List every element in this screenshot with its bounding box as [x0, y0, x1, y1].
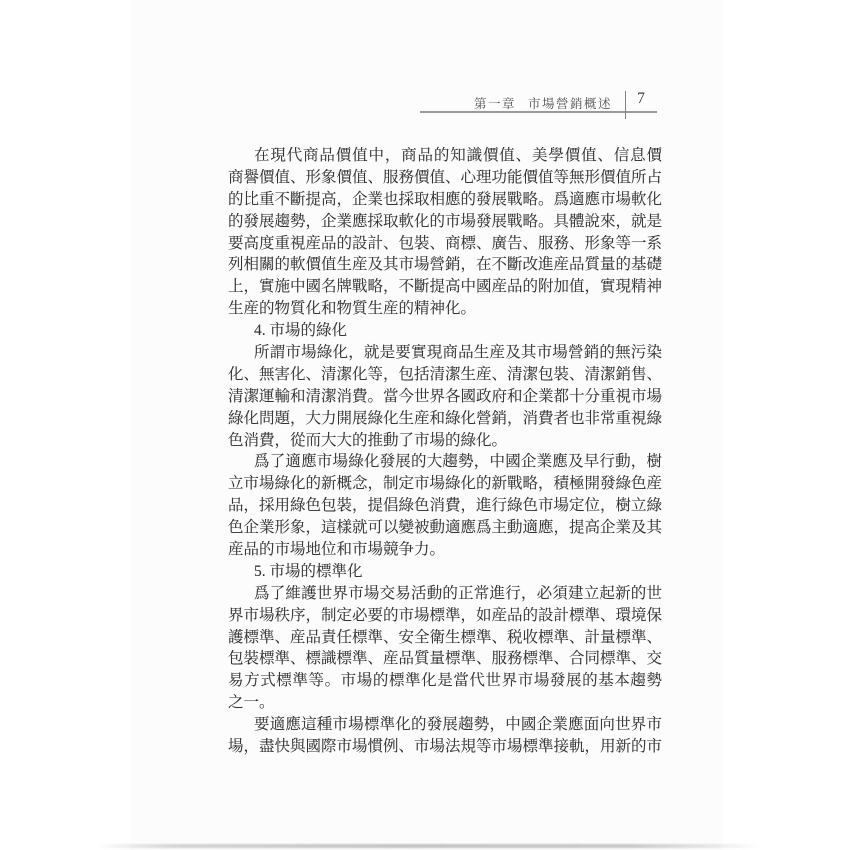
body-line: 在現代商品價值中，商品的知識價值、美學價值、信息價值、 — [228, 145, 662, 167]
body-line: 商譽價值、形象價值、服務價值、心理功能價值等無形價值所占 — [228, 167, 662, 189]
body-line: 清潔運輸和清潔消費。當今世界各國政府和企業都十分重視市場 — [228, 386, 662, 408]
page-bottom-edge-shadow — [95, 844, 763, 848]
body-line: 易方式標準等。市場的標準化是當代世界市場發展的基本趨勢 — [228, 670, 662, 692]
header-divider-line — [625, 91, 626, 119]
body-line: 界市場秩序，制定必要的市場標準，如産品的設計標準、環境保 — [228, 605, 662, 627]
body-line: 列相關的軟價值生産及其市場營銷，在不斷改進産品質量的基礎 — [228, 254, 662, 276]
body-heading-line: 5. 市場的標準化 — [228, 561, 662, 583]
body-line: 爲了適應市場綠化發展的大趨勢，中國企業應及早行動，樹 — [228, 451, 662, 473]
body-line: 要適應這種市場標準化的發展趨勢，中國企業應面向世界市 — [228, 714, 662, 736]
chapter-label: 第一章 — [474, 97, 516, 111]
book-page-scan: 第一章市場營銷概述 7 在現代商品價值中，商品的知識價值、美學價值、信息價值、商… — [0, 0, 850, 850]
body-line: 色企業形象，這樣就可以變被動適應爲主動適應，提高企業及其 — [228, 517, 662, 539]
body-line: 爲了維護世界市場交易活動的正常進行，必須建立起新的世 — [228, 583, 662, 605]
body-line: 要高度重視産品的設計、包裝、商標、廣告、服務、形象等一系 — [228, 233, 662, 255]
body-line: 綠化問題，大力開展綠化生産和綠化營銷，消費者也非常重視綠 — [228, 408, 662, 430]
body-line: 所謂市場綠化，就是要實現商品生産及其市場營銷的無污染 — [228, 342, 662, 364]
running-header: 第一章市場營銷概述 — [0, 94, 612, 112]
body-line: 化、無害化、清潔化等，包括清潔生産、清潔包裝、清潔銷售、 — [228, 364, 662, 386]
body-line: 包裝標準、標識標準、産品質量標準、服務標準、合同標準、交 — [228, 648, 662, 670]
body-line: 産品的市場地位和市場競争力。 — [228, 539, 662, 561]
body-line: 上，實施中國名牌戰略，不斷提高中國産品的附加值，實現精神 — [228, 276, 662, 298]
body-line: 品，採用綠色包裝，提倡綠色消費，進行綠色市場定位，樹立綠 — [228, 495, 662, 517]
page-number: 7 — [631, 90, 651, 108]
body-heading-line: 4. 市場的綠化 — [228, 320, 662, 342]
body-text: 在現代商品價值中，商品的知識價值、美學價值、信息價值、商譽價值、形象價值、服務價… — [228, 145, 662, 758]
header-rule — [420, 111, 657, 113]
body-line: 的比重不斷提高，企業也採取相應的發展戰略。爲適應市場軟化 — [228, 189, 662, 211]
body-line: 護標準、産品責任標準、安全衛生標準、税收標準、計量標準、 — [228, 627, 662, 649]
body-line: 色消費，從而大大的推動了市場的綠化。 — [228, 430, 662, 452]
body-line: 的發展趨勢，企業應採取軟化的市場發展戰略。具體說來，就是 — [228, 211, 662, 233]
body-line: 立市場綠化的新概念，制定市場綠化的新戰略，積極開發綠色産 — [228, 473, 662, 495]
body-line: 生産的物質化和物質生産的精神化。 — [228, 298, 662, 320]
body-line: 之一。 — [228, 692, 662, 714]
body-line: 場，盡快與國際市場慣例、市場法規等市場標準接軌，用新的市 — [228, 736, 662, 758]
chapter-title: 市場營銷概述 — [528, 97, 612, 111]
